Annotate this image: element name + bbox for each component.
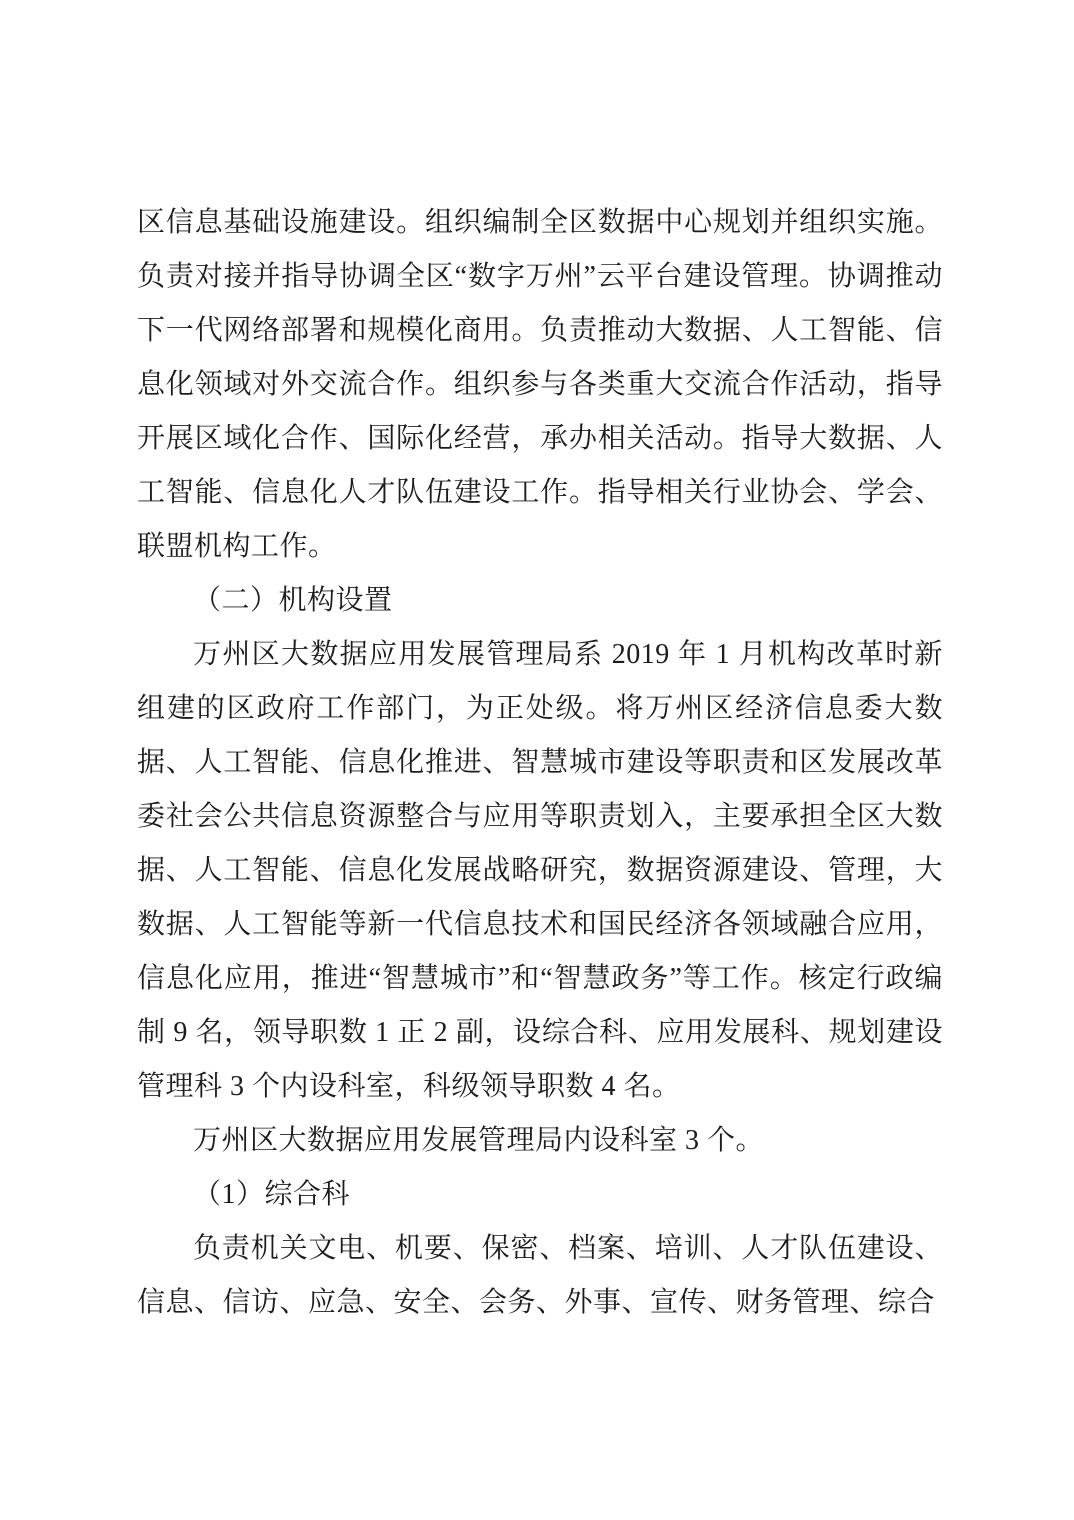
- document-page: 区信息基础设施建设。组织编制全区数据中心规划并组织实施。负责对接并指导协调全区“…: [0, 0, 1074, 1520]
- document-text-block: 区信息基础设施建设。组织编制全区数据中心规划并组织实施。负责对接并指导协调全区“…: [137, 196, 943, 1330]
- paragraph-internal-offices-count: 万州区大数据应用发展管理局内设科室 3 个。: [137, 1114, 943, 1168]
- paragraph-general-office-duties: 负责机关文电、机要、保密、档案、培训、人才队伍建设、信息、信访、应急、安全、会务…: [137, 1222, 943, 1330]
- sub-heading-general-office: （1）综合科: [137, 1168, 943, 1222]
- paragraph-duties-continuation: 区信息基础设施建设。组织编制全区数据中心规划并组织实施。负责对接并指导协调全区“…: [137, 196, 943, 574]
- paragraph-organization-overview: 万州区大数据应用发展管理局系 2019 年 1 月机构改革时新组建的区政府工作部…: [137, 628, 943, 1114]
- section-heading-organization-setup: （二）机构设置: [137, 574, 943, 628]
